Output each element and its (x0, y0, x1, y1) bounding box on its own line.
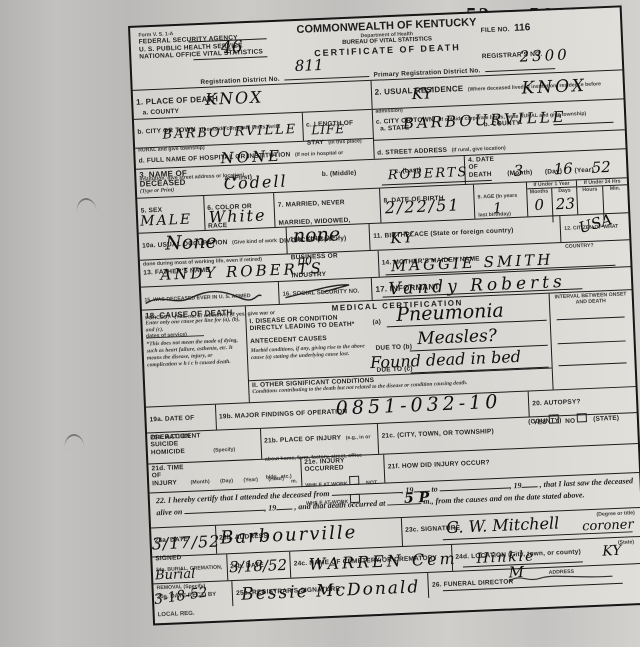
degree-title-value: coroner (582, 518, 634, 533)
field-color-race: 6. COLOR OR RACE White (203, 193, 275, 230)
cause-instruction: Enter only one cause per line for (a), (… (145, 317, 242, 335)
death-year-value: 52 (591, 160, 611, 176)
cause-footnote: *This does not mean the mode of dying, s… (146, 338, 244, 370)
residence-county-value: KNOX (521, 78, 587, 98)
antecedent-note: Morbid conditions, if any, giving rise t… (250, 343, 368, 362)
injury-county-label: (COUNTY) (528, 417, 562, 426)
field-marital-status: 7. MARRIED, NEVER MARRIED, WIDOWED, DIVO… (273, 189, 380, 227)
street-address-note: (If rural, give location) (451, 145, 505, 153)
field-burial-date: 24b. DATE 3/18/52 (226, 552, 291, 581)
burial-value: Burial (155, 568, 196, 583)
cemetery-location-value: Hinkle (476, 549, 535, 565)
date-signed-value: 3/17/52 (151, 534, 220, 553)
death-month-value: 3 (513, 164, 523, 179)
months-value: 0 (534, 198, 544, 213)
length-of-stay-value: LIFE (311, 123, 345, 136)
autopsy-label: 20. AUTOPSY? (532, 398, 581, 407)
days-value: 23 (556, 197, 576, 213)
date-of-death-title: 4. DATE OF DEATH (468, 155, 503, 179)
birthplace-value: KY (390, 230, 415, 246)
cause-b-value: Measles? (417, 328, 497, 348)
certify-text-6: alive on (156, 507, 182, 517)
injury-m-label: m. (291, 478, 297, 484)
section-interval: INTERVAL BETWEEN ONSET AND DEATH (548, 290, 635, 389)
months-label: Months (527, 189, 552, 196)
accident-label: 21a. ACCIDENT SUICIDE HOMICIDE (150, 432, 209, 457)
death-time-value: 5 P (404, 491, 430, 506)
age-value: 1 (493, 202, 503, 216)
institution-value: NONE (220, 149, 282, 167)
interval-label: INTERVAL BETWEEN ONSET AND DEATH (552, 291, 629, 307)
certify-text-7: , 19 (264, 503, 276, 512)
cemetery-state-value: KY (602, 544, 622, 559)
injury-hour-label: (Hour) (268, 476, 284, 483)
sex-value: MALE (140, 212, 193, 228)
cemetery-value: WARREN Cem (309, 551, 458, 573)
burial-date-value: 3/18/52 (229, 558, 287, 575)
residence-city-value: BARBOURVILLE (403, 110, 567, 132)
time-of-injury-label: 21d. TIME OF INJURY (151, 464, 186, 488)
last-name-value: ROBERTS (388, 166, 469, 182)
section-medical-certification: MEDICAL CERTIFICATION I. DISEASE OR COND… (245, 294, 553, 403)
injury-day-label: (Day) (220, 478, 233, 485)
color-race-value: White (208, 207, 266, 225)
disease-leading-label: I. DISEASE OR CONDITION DIRECTLY LEADING… (249, 313, 370, 333)
residence-state-value: KY (411, 86, 432, 102)
certify-number: 22. (156, 496, 166, 505)
field-accident-suicide-homicide: 21a. ACCIDENT SUICIDE HOMICIDE (Specify) (147, 429, 261, 464)
section-cause-of-death: 18. CAUSE OF DEATH Enter only one cause … (142, 306, 249, 406)
citizenship-value: USA (578, 212, 615, 236)
injury-occurred-label: 21e. INJURY OCCURRED (304, 456, 381, 474)
pencil-mark (64, 433, 85, 448)
pen-scribble-ssn (283, 281, 354, 300)
injury-year-label: (Year) (243, 477, 258, 484)
death-certificate-form: Form V. S. 1-A FEDERAL SECURITY AGENCY U… (128, 5, 640, 625)
date-received-value: 3-18-52 (153, 585, 208, 607)
file-no-label: FILE NO. (481, 26, 510, 34)
field-injury-occurred: 21e. INJURY OCCURRED WHILE AT WORK NOT W… (300, 455, 384, 486)
middle-name-label: b. (Middle) (322, 170, 357, 178)
industry-value: none (293, 225, 341, 246)
how-injury-label: 21f. HOW DID INJURY OCCUR? (388, 459, 490, 470)
operation-findings-value: 0851-032-10 (335, 393, 501, 419)
file-no-value: 116 (514, 22, 531, 34)
accident-note: (Specify) (213, 447, 235, 454)
father-marks: 00 (298, 256, 312, 268)
dob-value: 2/22/51 (385, 197, 461, 216)
field-age: 9. AGE (In years last birthday) 1 (473, 182, 527, 218)
field-sex: 5. SEX MALE (137, 196, 204, 233)
field-industry: 10b. KIND OF BUSINESS OR INDUSTRY none (286, 224, 370, 253)
operation-findings-label: 19b. MAJOR FINDINGS OF OPERATION (219, 408, 348, 420)
signer-address-value: Barbourville (220, 524, 358, 548)
place-of-injury-label: 21b. PLACE OF INJURY (264, 434, 341, 444)
section-usual-residence: 2. USUAL RESIDENCE (Where deceased lived… (370, 70, 625, 158)
field-place-of-injury: 21b. PLACE OF INJURY (e.g., in or about … (260, 424, 379, 459)
primary-district-value: 2300 (519, 48, 570, 65)
city-value: BARBOURVILLE (162, 123, 297, 142)
certify-text-3: to (431, 484, 438, 493)
cause-a-label: (a) (372, 319, 381, 327)
occupation-value: None (165, 232, 217, 253)
field-burial-type: 24a. BURIAL, CREMATION, REMOVAL (Specify… (152, 554, 227, 583)
field-date-signed: 23a. DATE SIGNED 3/17/52 (151, 526, 216, 557)
field-date-received: 25a. DATE REC'D BY LOCAL REG. 3-18-52 (153, 581, 232, 609)
certify-text-4: , 19 (509, 481, 521, 490)
field-citizenship: 12. CITIZEN OF WHAT COUNTRY? USA (560, 213, 630, 242)
injury-state-label: (STATE) (593, 415, 619, 424)
registrar-signature-value: Bessie McDonald (241, 579, 421, 603)
first-name-value: Codell (223, 173, 287, 192)
section-place-of-death: 1. PLACE OF DEATH a. COUNTY KNOX b. CITY… (133, 81, 374, 169)
registrar-no-value: 46 (221, 39, 243, 57)
hours-label: Hours (578, 187, 602, 194)
death-day-value: 16 (553, 162, 573, 178)
field-date-of-operation: 19a. DATE OF OPERATION (146, 405, 216, 433)
injury-month-label: (Month) (191, 479, 210, 486)
field-registrar-signature: 25b. REGISTRAR'S SIGNATURE Bessie McDona… (232, 573, 429, 606)
age-under-24-hrs: If Under 24 Hrs Hours Min. (576, 178, 628, 214)
minutes-label: Min. (603, 185, 627, 192)
district-value: 811 (295, 58, 324, 74)
signature-value: G. W. Mitchell (446, 515, 560, 536)
county-value: KNOX (205, 89, 264, 107)
antecedent-title: ANTECEDENT CAUSES (250, 335, 327, 346)
injury-city-label: 21c. (CITY, TOWN, OR TOWNSHIP) (382, 428, 495, 440)
certify-text-8: , and that death occurred at (294, 499, 385, 512)
pencil-mark (75, 197, 96, 213)
age-under-1-year: If Under 1 Year Months 0 Days 23 (525, 180, 577, 216)
cause-a-value: Pneumonia (396, 302, 504, 325)
field-date-of-birth: 8. DATE OF BIRTH 2/22/51 (379, 185, 474, 223)
